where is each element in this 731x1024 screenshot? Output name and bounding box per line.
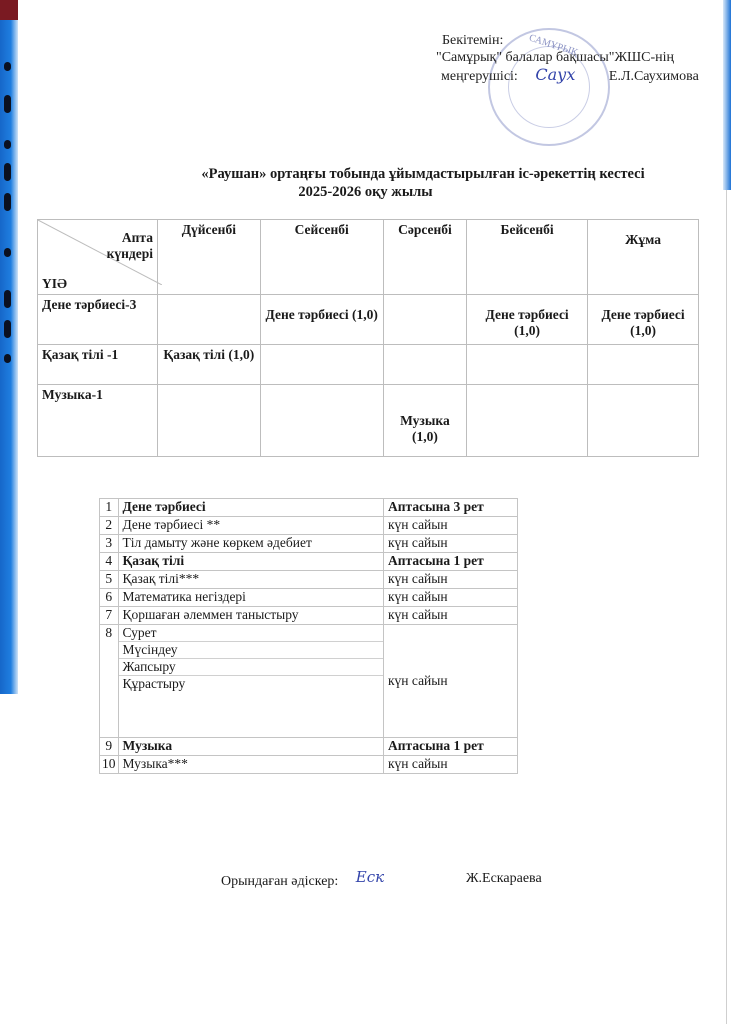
schedule-cell [383, 345, 466, 385]
subject-name-item: Мүсіндеу [119, 642, 384, 659]
corner-header-cell: Апта күндері ҮІӘ [38, 220, 158, 295]
approval-line2: "Самұрық" балалар бақшасы"ЖШС-нің [436, 49, 699, 66]
subject-name: Қазақ тілі*** [118, 571, 384, 589]
title-line2: 2025-2026 оқу жылы [0, 183, 731, 201]
schedule-cell [467, 385, 588, 457]
subject-frequency: Аптасына 1 рет [384, 738, 518, 756]
title-line1: «Раушан» ортаңғы тобында ұйымдастырылған… [0, 165, 731, 183]
subject-name: Қоршаған әлеммен таныстыру [118, 607, 384, 625]
subject-frequency: күн сайын [384, 589, 518, 607]
subject-row: 3Тіл дамыту және көркем әдебиеткүн сайын [100, 535, 518, 553]
schedule-row: Қазақ тілі -1 Қазақ тілі (1,0) [38, 345, 699, 385]
row-number: 6 [100, 589, 119, 607]
binder-edge [0, 0, 18, 1024]
page-edge [726, 190, 727, 1024]
subjects-frequency-table: 1Дене тәрбиесіАптасына 3 рет2Дене тәрбие… [99, 498, 518, 774]
row-number: 9 [100, 738, 119, 756]
subject-frequency: Аптасына 1 рет [384, 553, 518, 571]
subject-row: 4Қазақ тіліАптасына 1 рет [100, 553, 518, 571]
schedule-cell: Дене тәрбиесі (1,0) [260, 295, 383, 345]
corner-top-label: Апта күндері [93, 230, 153, 262]
schedule-cell [383, 295, 466, 345]
subject-frequency: күн сайын [384, 625, 518, 738]
subject-row: 10Музыка***күн сайын [100, 756, 518, 774]
row-number: 1 [100, 499, 119, 517]
subject-name: Тіл дамыту және көркем әдебиет [118, 535, 384, 553]
row-number: 8 [100, 625, 119, 738]
subject-row: 7Қоршаған әлеммен таныстырукүн сайын [100, 607, 518, 625]
schedule-cell [157, 385, 260, 457]
subject-frequency: күн сайын [384, 535, 518, 553]
subject-cell: Қазақ тілі -1 [38, 345, 158, 385]
row-number: 5 [100, 571, 119, 589]
schedule-cell [588, 385, 699, 457]
schedule-row: Дене тәрбиесі-3 Дене тәрбиесі (1,0) Дене… [38, 295, 699, 345]
schedule-cell: Дене тәрбиесі (1,0) [467, 295, 588, 345]
subject-row: 9МузыкаАптасына 1 рет [100, 738, 518, 756]
day-header: Бейсенбі [467, 220, 588, 295]
schedule-cell [260, 345, 383, 385]
schedule-cell [157, 295, 260, 345]
schedule-cell [467, 345, 588, 385]
document-title: «Раушан» ортаңғы тобында ұйымдастырылған… [0, 165, 731, 201]
row-number: 4 [100, 553, 119, 571]
approval-line1: Бекітемін: [436, 32, 699, 49]
subject-name-item: Жапсыру [119, 659, 384, 676]
subject-row: 1Дене тәрбиесіАптасына 3 рет [100, 499, 518, 517]
schedule-row: Музыка-1 Музыка (1,0) [38, 385, 699, 457]
subject-name: Музыка [118, 738, 384, 756]
row-number: 2 [100, 517, 119, 535]
approval-block: Бекітемін: "Самұрық" балалар бақшасы"ЖШС… [436, 32, 699, 85]
corner-bottom-label: ҮІӘ [42, 276, 67, 292]
weekly-schedule-table: Апта күндері ҮІӘ Дүйсенбі Сейсенбі Сәрсе… [37, 219, 699, 457]
methodist-name: Ж.Ескараева [466, 871, 542, 887]
schedule-cell [260, 385, 383, 457]
schedule-cell [588, 345, 699, 385]
subject-name-item: Құрастыру [119, 676, 384, 692]
subject-frequency: Аптасына 3 рет [384, 499, 518, 517]
subject-row: 2Дене тәрбиесі **күн сайын [100, 517, 518, 535]
subject-frequency: күн сайын [384, 517, 518, 535]
day-header: Жұма [588, 220, 699, 295]
schedule-header-row: Апта күндері ҮІӘ Дүйсенбі Сейсенбі Сәрсе… [38, 220, 699, 295]
subject-name: Дене тәрбиесі [118, 499, 384, 517]
day-header: Сәрсенбі [383, 220, 466, 295]
subject-cell: Дене тәрбиесі-3 [38, 295, 158, 345]
schedule-cell: Дене тәрбиесі (1,0) [588, 295, 699, 345]
subject-frequency: күн сайын [384, 607, 518, 625]
subject-row: 5Қазақ тілі***күн сайын [100, 571, 518, 589]
subject-row: 8СуретМүсіндеуЖапсыруҚұрастырукүн сайын [100, 625, 518, 738]
schedule-cell: Қазақ тілі (1,0) [157, 345, 260, 385]
row-number: 7 [100, 607, 119, 625]
subject-frequency: күн сайын [384, 756, 518, 774]
day-header: Сейсенбі [260, 220, 383, 295]
subject-name: Музыка*** [118, 756, 384, 774]
day-header: Дүйсенбі [157, 220, 260, 295]
methodist-signature: Еск [356, 868, 384, 886]
subject-name-item: Сурет [119, 625, 384, 642]
binder-edge-right [723, 0, 731, 190]
subject-cell: Музыка-1 [38, 385, 158, 457]
subject-row: 6Математика негіздерікүн сайын [100, 589, 518, 607]
footer-signoff: Орындаған әдіскер: Еск Ж.Ескараева [221, 871, 384, 890]
subject-name: Қазақ тілі [118, 553, 384, 571]
schedule-cell: Музыка (1,0) [383, 385, 466, 457]
subject-name: Дене тәрбиесі ** [118, 517, 384, 535]
row-number: 10 [100, 756, 119, 774]
approval-line3: меңгерушісі: Саух Е.Л.Саухимова [436, 66, 699, 85]
subject-frequency: күн сайын [384, 571, 518, 589]
row-number: 3 [100, 535, 119, 553]
director-name: Е.Л.Саухимова [609, 69, 699, 84]
director-signature: Саух [535, 65, 575, 84]
methodist-label: Орындаған әдіскер: [221, 874, 338, 889]
subject-name: СуретМүсіндеуЖапсыруҚұрастыру [118, 625, 384, 738]
subject-name: Математика негіздері [118, 589, 384, 607]
